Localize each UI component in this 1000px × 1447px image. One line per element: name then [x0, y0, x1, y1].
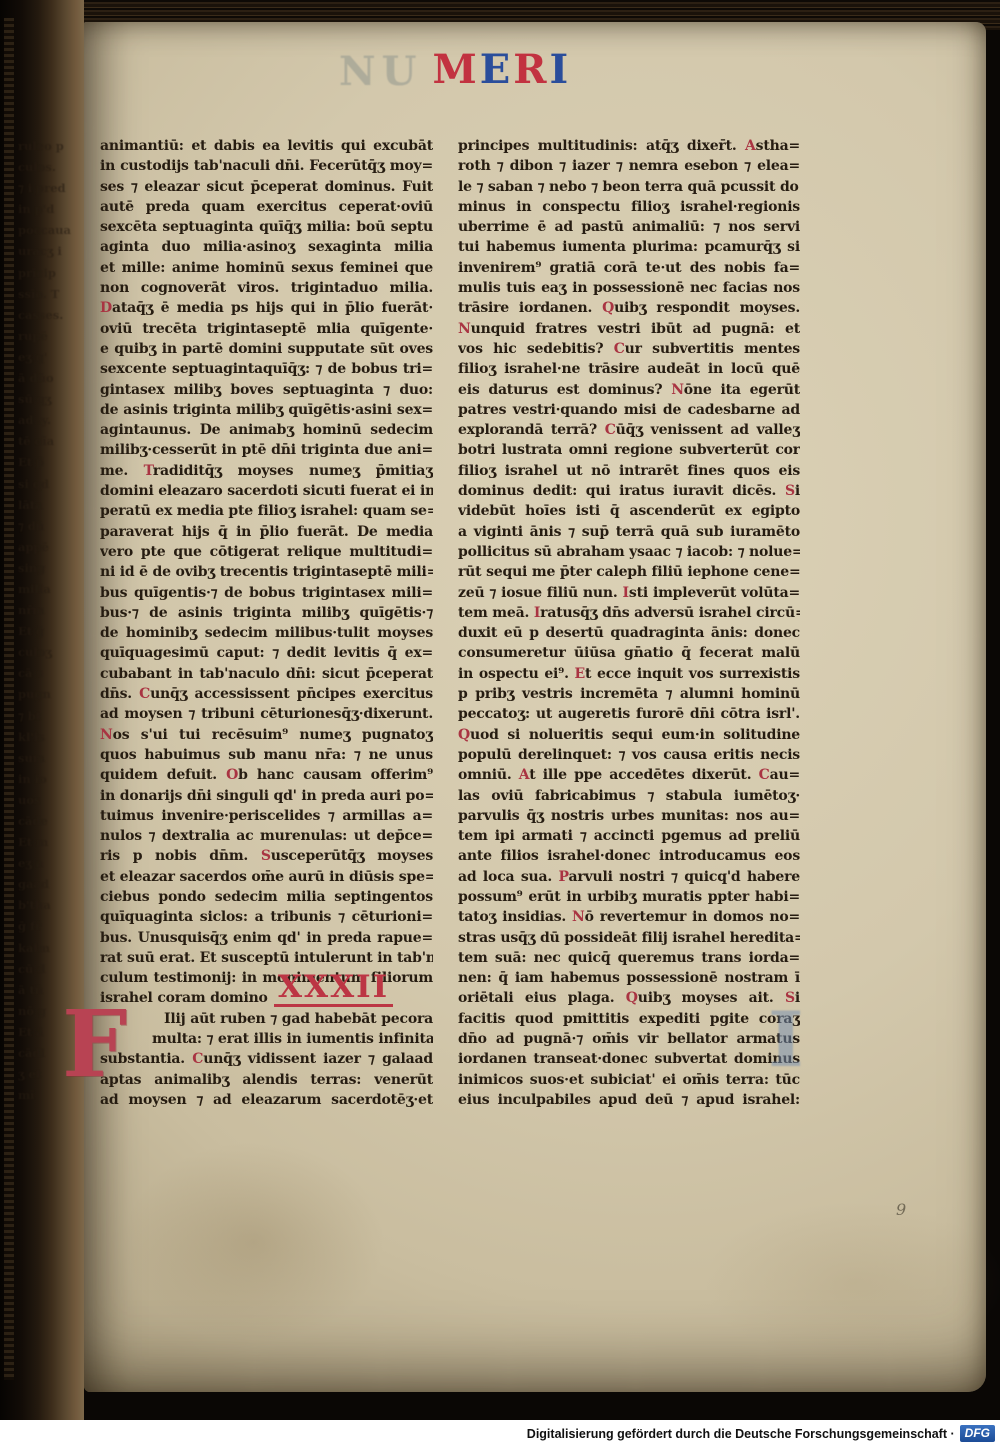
parchment-stain: [124, 1142, 384, 1342]
text-line: in ospectu ei⁹. Et ecce inquit vos surre…: [458, 664, 800, 684]
text-line: tuimus invenire·periscelides ⁊ armillas …: [100, 806, 433, 826]
running-title-letter: E: [480, 48, 511, 92]
text-line: las oviū fabricabimus ⁊ stabula iumētoʒ·: [458, 786, 800, 806]
text-line: peratū ex media pte filioʒ israhel: quam…: [100, 501, 433, 521]
ghost-text-fragment: pugn: [18, 684, 78, 705]
text-line: gintasex milibʒ boves septuaginta ⁊ duo:: [100, 380, 433, 400]
text-line: ni id ē de ovibʒ trecentis trigintaseptē…: [100, 562, 433, 582]
text-line: pollicitus sū abraham ysaac ⁊ iacob: ⁊ n…: [458, 542, 800, 562]
text-line: inimicos suos·et subiciat' ei om̄is terr…: [458, 1070, 800, 1090]
text-line: iordanen transeat·donec subvertat dominu…: [458, 1049, 800, 1069]
digitization-credit-text: Digitalisierung gefördert durch die Deut…: [527, 1427, 955, 1441]
text-line: tem ipi armati ⁊ accincti pgemus ad prel…: [458, 826, 800, 846]
running-title-ghost-letters: NU: [339, 48, 422, 95]
ghost-text-fragment: b'tha: [18, 895, 78, 916]
ghost-text-fragment: Et p̄: [18, 452, 78, 473]
ghost-text-fragment: lāta: [18, 495, 78, 516]
text-line: autē preda quam exercitus ceperat·oviū: [100, 197, 433, 217]
text-line: ad moysen ⁊ tribuni cēturionesq̄ʒ·dixeru…: [100, 704, 433, 724]
pencil-folio-number: 9: [896, 1200, 906, 1219]
text-line: sexcente septuagintaquīq̄ʒ: ⁊ de bobus t…: [100, 359, 433, 379]
text-line: le ⁊ saban ⁊ nebo ⁊ beon terra quā pcuss…: [458, 177, 800, 197]
text-line: filioʒ israhel ut nō intrarēt fines quos…: [458, 461, 800, 481]
text-line: et mille: anime hominū sexus feminei que: [100, 258, 433, 278]
ghost-text-fragment: ssīo. T: [18, 284, 78, 305]
text-line: tatoʒ insidias. Nō revertemur in domos n…: [458, 907, 800, 927]
text-line: facitis quod pmittitis expediti pgite co…: [458, 1009, 800, 1029]
text-line: oriētali eius plaga. Quibʒ moyses ait. S…: [458, 988, 800, 1008]
ghost-text-fragment: nr̄m: [18, 600, 78, 621]
parchment-stain: [704, 1202, 1000, 1362]
text-line: populū derelinquet: ⁊ vos causa eritis n…: [458, 745, 800, 765]
text-line: multa: ⁊ erat illis in iumentis infinita: [100, 1029, 433, 1049]
text-line: paraverat hijs q̄ in p̄lio fuerāt. De me…: [100, 522, 433, 542]
ghost-text-fragment: ⁊ dn̄: [18, 516, 78, 537]
text-line: mulis tuis eaʒ in possessionē nec facias…: [458, 278, 800, 298]
text-line: uberrime ē ad pastū animaliū: ⁊ nos serv…: [458, 217, 800, 237]
ghost-text-fragment: uracʒ i: [18, 241, 78, 262]
text-line: nen: q̄ iam habemus possessionē nostram …: [458, 968, 800, 988]
running-title-letter: M: [432, 48, 476, 92]
scanned-book-page: ruleo pculos.⁊ i predin p'dpoccauauracʒ …: [0, 0, 1000, 1447]
text-line: p pribʒ vestris incremēta ⁊ alumni homin…: [458, 684, 800, 704]
text-line: minus in conspectu filioʒ israhel·region…: [458, 197, 800, 217]
text-line: aptas animalibʒ alendis terras: venerūt: [100, 1070, 433, 1090]
ghost-text-fragment: sum: [18, 748, 78, 769]
text-line: patres vestri·quando misi de cadesbarne …: [458, 400, 800, 420]
ghost-text-fragment: cū d: [18, 959, 78, 980]
text-line: tem suā: nec quicq̄ queremus trans iorda…: [458, 948, 800, 968]
text-line: ante filios israhel·donec introducamus e…: [458, 846, 800, 866]
ghost-text-fragment: cā s: [18, 663, 78, 684]
text-line: ad moysen ⁊ ad eleazarum sacerdotēʒ·et: [100, 1090, 433, 1110]
ghost-text-fragment: sing: [18, 558, 78, 579]
text-line: rat suū erat. Et susceptū intulerunt in …: [100, 948, 433, 968]
dfg-logo: DFG: [960, 1425, 995, 1442]
ghost-text-fragment: ḡ fr̄: [18, 916, 78, 937]
text-line: de asinis triginta milibʒ quīgētis·asini…: [100, 400, 433, 420]
text-line: consumeretur ūiūsa gn̄atio q̄ fecerat ma…: [458, 643, 800, 663]
text-line: filioʒ israhel·ne trāsire audeāt in locū…: [458, 359, 800, 379]
text-line: tui habemus iumenta plurima: pcamurq̄ʒ s…: [458, 237, 800, 257]
offset-blue-initial-ghost: I: [768, 1002, 804, 1078]
text-line: bus quīgentis·⁊ de bobus trigintasex mil…: [100, 583, 433, 603]
running-title-letter: I: [549, 48, 568, 92]
ghost-text-fragment: Et ḡ: [18, 621, 78, 642]
rubricated-initial-f: F: [62, 998, 127, 1090]
ghost-text-fragment: ⁊ i pred: [18, 178, 78, 199]
text-column-right: principes multitudinis: atq̄ʒ dixer̄t. A…: [458, 136, 800, 1110]
text-line: aginta duo milia·asinoʒ sexaginta milia: [100, 237, 433, 257]
text-line: quīquagesimū caput: ⁊ dedit levitis q̄ e…: [100, 643, 433, 663]
text-line: Nos s'ui tui recēsuim⁹ numeʒ pugnatoʒ: [100, 725, 433, 745]
text-line: bus. Unusquisq̄ʒ enim qd' in preda rapue…: [100, 928, 433, 948]
ghost-text-fragment: appē: [18, 537, 78, 558]
text-line: ad loca sua. Parvuli nostri ⁊ quicq'd ha…: [458, 867, 800, 887]
text-line: bus·⁊ de asinis triginta milibʒ quīgētis…: [100, 603, 433, 623]
ghost-text-fragment: kalm: [18, 938, 78, 959]
ghost-text-fragment: Et m: [18, 832, 78, 853]
running-title-letter: R: [513, 48, 546, 92]
text-line: cubabant in tab'naculo dn̄i: sicut p̄cep…: [100, 664, 433, 684]
text-line: duxit eū p desertū quadraginta ānis: don…: [458, 623, 800, 643]
text-line: tem meā. Iratusq̄ʒ dn̄s adversū israhel …: [458, 603, 800, 623]
text-line: Dataq̄ʒ ē media ps hijs qui in p̄lio fue…: [100, 298, 433, 318]
text-line: trāsire iordanen. Quibʒ respondit moyses…: [458, 298, 800, 318]
ghost-text-fragment: uos: [18, 790, 78, 811]
text-line: quidem defuit. Ob hanc causam offerim⁹: [100, 765, 433, 785]
text-line: dominus dedit: qui iratus iuravit dicēs.…: [458, 481, 800, 501]
ghost-text-fragment: ā dūo: [18, 368, 78, 389]
text-line: animantiū: et dabis ea levitis qui excub…: [100, 136, 433, 156]
text-line: milibʒ·cesserūt in ptē dn̄i triginta due…: [100, 440, 433, 460]
ghost-text-fragment: eʒ q': [18, 347, 78, 368]
text-line: sexcēta septuaginta quīq̄ʒ milia: boū se…: [100, 217, 433, 237]
text-line: parvulis q̄ʒ nostris urbes munitas: nos …: [458, 806, 800, 826]
text-line: zeū ⁊ iosue filiū nun. Isti impleverūt v…: [458, 583, 800, 603]
text-line: et eleazar sacerdos om̄e aurū in diūsis …: [100, 867, 433, 887]
ghost-text-fragment: poccaua: [18, 220, 78, 241]
text-line: nulos ⁊ dextralia ac murenulas: ut dep̄c…: [100, 826, 433, 846]
ghost-text-fragment: ad .y.: [18, 410, 78, 431]
ghost-text-fragment: culos.: [18, 157, 78, 178]
ghost-text-fragment: si qd: [18, 474, 78, 495]
text-line: a viginti ānis ⁊ sup̄ terrā quā sub iura…: [458, 522, 800, 542]
text-line: Nunquid fratres vestri ibūt ad pugnā: et: [458, 319, 800, 339]
ghost-text-fragment: in p'd: [18, 199, 78, 220]
text-line: principes multitudinis: atq̄ʒ dixer̄t. A…: [458, 136, 800, 156]
text-line: explorandā terrā? Cūq̄ʒ venissent ad val…: [458, 420, 800, 440]
ghost-text-fragment: kl'is: [18, 727, 78, 748]
text-line: eis daturus est dominus? Nōne ita egerūt: [458, 380, 800, 400]
text-line: videbūt hoīes isti q̄ ascenderūt ex egip…: [458, 501, 800, 521]
ghost-text-fragment: casses.: [18, 305, 78, 326]
ghost-text-fragment: cāde: [18, 811, 78, 832]
text-line: domini eleazaro sacerdoti sicuti fuerat …: [100, 481, 433, 501]
text-line: substantia. Cunq̄ʒ vidissent iazer ⁊ gal…: [100, 1049, 433, 1069]
parchment-page: NU MERI animantiū: et dabis ea levitis q…: [84, 22, 986, 1392]
ghost-text-fragment: rupē: [18, 326, 78, 347]
text-line: botri lustrata omni regione subverterūt …: [458, 440, 800, 460]
text-line: oviū trecēta trigintaseptē mlia quīgente…: [100, 319, 433, 339]
text-line: quos habuimus sub manu nr̄a: ⁊ ne unus: [100, 745, 433, 765]
text-line: possum⁹ erūt in urbibʒ muratis ppter hab…: [458, 887, 800, 907]
text-line: peccatoʒ: ut augeretis furorē dn̄i cōtra…: [458, 704, 800, 724]
text-line: ciebus pondo sedecim milia septingentos: [100, 887, 433, 907]
ghost-text-fragment: ruleo p: [18, 136, 78, 157]
ghost-text-fragment: culoʒ: [18, 642, 78, 663]
text-line: quīquaginta siclos: a tribunis ⁊ cēturio…: [100, 907, 433, 927]
text-line: vos hic sedebitis? Cur subvertitis mente…: [458, 339, 800, 359]
ghost-text-fragment: milia: [18, 579, 78, 600]
text-line: e quibʒ in partē domini supputate sūt ov…: [100, 339, 433, 359]
text-line: omniū. At ille ppe accedētes dixerūt. Ca…: [458, 765, 800, 785]
ghost-text-fragment: tē oīa: [18, 431, 78, 452]
text-line: non cognoverāt viros. trigintaduo milia.: [100, 278, 433, 298]
text-line: roth ⁊ dibon ⁊ iazer ⁊ nemra esebon ⁊ el…: [458, 156, 800, 176]
text-line: eius inculpabiles apud deū ⁊ apud israhe…: [458, 1090, 800, 1110]
text-line: de hominibʒ sedecim milibus·tulit moyses: [100, 623, 433, 643]
chapter-heading-xxxii: XXXII: [274, 970, 393, 1007]
ghost-text-fragment: ⁊ bt: [18, 706, 78, 727]
ghost-text-fragment: prīcip: [18, 263, 78, 284]
text-line: vero pte que cōtigerat relique multitudi…: [100, 542, 433, 562]
text-line: ris p nobis dn̄m. Susceperūtq̄ʒ moyses: [100, 846, 433, 866]
ghost-text-fragment: gaad: [18, 874, 78, 895]
text-line: ses ⁊ eleazar sicut p̄ceperat dominus. F…: [100, 177, 433, 197]
digitization-credit-bar: Digitalisierung gefördert durch die Deut…: [0, 1420, 1000, 1447]
text-line: in donarijs dn̄i singuli qd' in preda au…: [100, 786, 433, 806]
text-line: Quod si nolueritis sequi eum·in solitudi…: [458, 725, 800, 745]
text-line: dn̄s. Cunq̄ʒ accessissent pn̄cipes exerc…: [100, 684, 433, 704]
ghost-text-fragment: sū qʒ: [18, 389, 78, 410]
text-line: stras usq̄ʒ dū possideāt filij israhel h…: [458, 928, 800, 948]
text-line: in custodijs tab'naculi dn̄i. Fecerūtq̄ʒ…: [100, 156, 433, 176]
text-line: rūt sequi me p̄ter caleph filiū iephone …: [458, 562, 800, 582]
text-column-left: animantiū: et dabis ea levitis qui excub…: [100, 136, 433, 1110]
text-line: agintaunus. De animabʒ hominū sedecim: [100, 420, 433, 440]
ghost-text-fragment: in io: [18, 769, 78, 790]
ghost-text-fragment: eʒ a: [18, 853, 78, 874]
running-title-letters: MERI: [432, 48, 571, 92]
text-line: me. Tradiditq̄ʒ moyses numeʒ p̄mitiaʒ: [100, 461, 433, 481]
text-line: dn̄o ad pugnā·⁊ om̄is vir bellator armat…: [458, 1029, 800, 1049]
text-line: Ilij aūt ruben ⁊ gad habebāt pecora: [100, 1009, 433, 1029]
text-line: invenirem⁹ gratiā corā te·ut des nobis f…: [458, 258, 800, 278]
running-title-numeri: NU MERI: [339, 48, 571, 100]
